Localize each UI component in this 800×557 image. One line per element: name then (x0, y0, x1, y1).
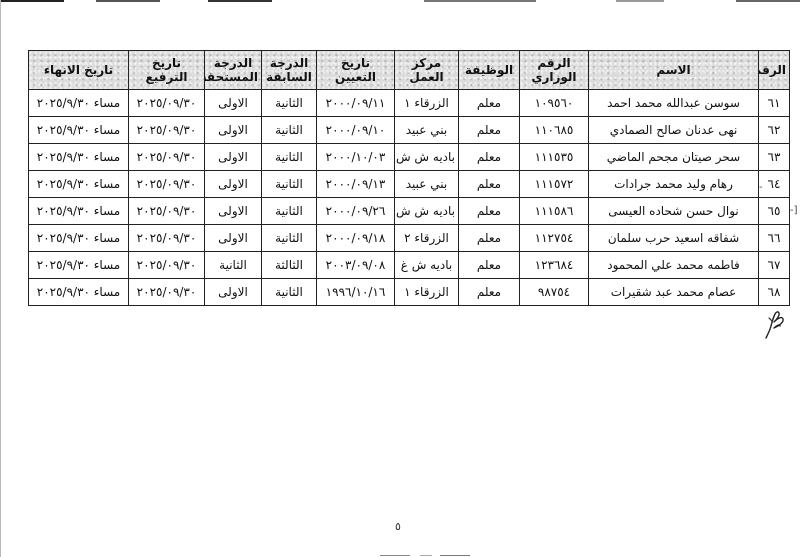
table-header-row: الرقم الاسم الرقم الوزاري الوظيفة مركز ا… (29, 51, 790, 90)
cell-promotion-date: ٢٠٢٥/٠٩/٣٠ (129, 198, 205, 225)
cell-end-date: مساء ٢٠٢٥/٩/٣٠ (29, 144, 129, 171)
cell-ministry-number: ١١١٥٣٥ (520, 144, 589, 171)
header-previous-grade: الدرجة السابقة (262, 51, 317, 90)
cell-previous-grade: الثانية (262, 117, 317, 144)
cell-appointment-date: ٢٠٠٠/١٠/٠٣ (317, 144, 395, 171)
cell-work-center: بني عبيد (395, 117, 459, 144)
cell-end-date: مساء ٢٠٢٥/٩/٣٠ (29, 225, 129, 252)
cell-number: ٦٣ (759, 144, 790, 171)
cell-job: معلم (459, 198, 520, 225)
cell-end-date: مساء ٢٠٢٥/٩/٣٠ (29, 171, 129, 198)
cell-number: ٦٨ (759, 279, 790, 306)
promotion-roster-table: الرقم الاسم الرقم الوزاري الوظيفة مركز ا… (28, 50, 790, 306)
cell-previous-grade: الثانية (262, 279, 317, 306)
cell-number: ٦١ (759, 90, 790, 117)
header-appointment-date: تاريخ التعيين (317, 51, 395, 90)
table-row: ٦٣ سحر صيتان مجحم الماضي ١١١٥٣٥ معلم باد… (29, 144, 790, 171)
cell-deserved-grade: الاولى (205, 279, 262, 306)
cell-ministry-number: ١٠٩٥٦٠ (520, 90, 589, 117)
cell-ministry-number: ٩٨٧٥٤ (520, 279, 589, 306)
cell-name: سحر صيتان مجحم الماضي (589, 144, 759, 171)
cell-appointment-date: ٢٠٠٠/٠٩/١٣ (317, 171, 395, 198)
cell-name: نوال حسن شحاده العيسى (589, 198, 759, 225)
cell-job: معلم (459, 117, 520, 144)
cell-promotion-date: ٢٠٢٥/٠٩/٣٠ (129, 171, 205, 198)
cell-deserved-grade: الاولى (205, 198, 262, 225)
cell-number: ٦٢ (759, 117, 790, 144)
cell-appointment-date: ٢٠٠٠/٠٩/١٠ (317, 117, 395, 144)
signature-icon (758, 308, 788, 340)
cell-ministry-number: ١١٠٦٨٥ (520, 117, 589, 144)
cell-job: معلم (459, 90, 520, 117)
table-row: ٦٧ فاطمه محمد علي المحمود ١٢٣٦٨٤ معلم با… (29, 252, 790, 279)
cell-promotion-date: ٢٠٢٥/٠٩/٣٠ (129, 225, 205, 252)
cell-name: سوسن عبدالله محمد احمد (589, 90, 759, 117)
cell-name: رهام وليد محمد جرادات (589, 171, 759, 198)
cell-name: شفاقه اسعيد حرب سلمان (589, 225, 759, 252)
cell-job: معلم (459, 171, 520, 198)
cell-previous-grade: الثانية (262, 171, 317, 198)
cell-end-date: مساء ٢٠٢٥/٩/٣٠ (29, 90, 129, 117)
cell-work-center: باديه ش غ (395, 252, 459, 279)
table-row: ٦٥ نوال حسن شحاده العيسى ١١١٥٨٦ معلم باد… (29, 198, 790, 225)
cell-deserved-grade: الاولى (205, 90, 262, 117)
cell-deserved-grade: الاولى (205, 117, 262, 144)
cell-appointment-date: ٢٠٠٠/٠٩/١١ (317, 90, 395, 117)
cell-work-center: باديه ش ش (395, 198, 459, 225)
cell-end-date: مساء ٢٠٢٥/٩/٣٠ (29, 198, 129, 225)
cell-previous-grade: الثانية (262, 144, 317, 171)
cell-number: ٦٦ (759, 225, 790, 252)
cell-appointment-date: ٢٠٠٠/٠٩/١٨ (317, 225, 395, 252)
table-row: ٦٤ رهام وليد محمد جرادات ١١١٥٧٢ معلم بني… (29, 171, 790, 198)
cell-previous-grade: الثانية (262, 225, 317, 252)
cell-ministry-number: ١١١٥٧٢ (520, 171, 589, 198)
cell-promotion-date: ٢٠٢٥/٠٩/٣٠ (129, 117, 205, 144)
cell-previous-grade: الثانية (262, 90, 317, 117)
cell-name: نهى عدنان صالح الصمادي (589, 117, 759, 144)
header-deserved-grade: الدرجة المستحقة (205, 51, 262, 90)
header-job: الوظيفة (459, 51, 520, 90)
cell-number: ٦٥ (759, 198, 790, 225)
cell-name: فاطمه محمد علي المحمود (589, 252, 759, 279)
scan-bottom-edge (370, 555, 470, 556)
cell-work-center: الزرقاء ١ (395, 90, 459, 117)
cell-appointment-date: ١٩٩٦/١٠/١٦ (317, 279, 395, 306)
header-number: الرقم (759, 51, 790, 90)
header-name: الاسم (589, 51, 759, 90)
page-number: ٥ (395, 520, 401, 533)
margin-bracket-mark: -] (790, 205, 798, 216)
cell-deserved-grade: الاولى (205, 171, 262, 198)
cell-end-date: مساء ٢٠٢٥/٩/٣٠ (29, 279, 129, 306)
cell-appointment-date: ٢٠٠٣/٠٩/٠٨ (317, 252, 395, 279)
cell-promotion-date: ٢٠٢٥/٠٩/٣٠ (129, 90, 205, 117)
cell-ministry-number: ١١١٥٨٦ (520, 198, 589, 225)
cell-end-date: مساء ٢٠٢٥/٩/٣٠ (29, 252, 129, 279)
cell-deserved-grade: الثانية (205, 252, 262, 279)
cell-number: ٦٧ (759, 252, 790, 279)
header-ministry-number: الرقم الوزاري (520, 51, 589, 90)
cell-job: معلم (459, 144, 520, 171)
cell-promotion-date: ٢٠٢٥/٠٩/٣٠ (129, 252, 205, 279)
cell-work-center: الزرقاء ٢ (395, 225, 459, 252)
cell-name: عصام محمد عبد شقيرات (589, 279, 759, 306)
cell-promotion-date: ٢٠٢٥/٠٩/٣٠ (129, 144, 205, 171)
cell-job: معلم (459, 225, 520, 252)
header-promotion-date: تاريخ الترفيع (129, 51, 205, 90)
table-row: ٦٢ نهى عدنان صالح الصمادي ١١٠٦٨٥ معلم بن… (29, 117, 790, 144)
table-row: ٦٨ عصام محمد عبد شقيرات ٩٨٧٥٤ معلم الزرق… (29, 279, 790, 306)
cell-previous-grade: الثانية (262, 198, 317, 225)
cell-ministry-number: ١٢٣٦٨٤ (520, 252, 589, 279)
cell-number: ٦٤ (759, 171, 790, 198)
cell-work-center: باديه ش ش (395, 144, 459, 171)
cell-deserved-grade: الاولى (205, 144, 262, 171)
cell-work-center: بني عبيد (395, 171, 459, 198)
cell-ministry-number: ١١٢٧٥٤ (520, 225, 589, 252)
cell-work-center: الزرقاء ١ (395, 279, 459, 306)
margin-dash-mark: - (759, 182, 763, 193)
scan-top-edge (0, 0, 800, 2)
table-row: ٦٦ شفاقه اسعيد حرب سلمان ١١٢٧٥٤ معلم الز… (29, 225, 790, 252)
cell-job: معلم (459, 279, 520, 306)
cell-end-date: مساء ٢٠٢٥/٩/٣٠ (29, 117, 129, 144)
header-work-center: مركز العمل (395, 51, 459, 90)
scan-left-edge (0, 0, 1, 557)
header-end-date: تاريخ الانهاء (29, 51, 129, 90)
cell-previous-grade: الثالثة (262, 252, 317, 279)
cell-job: معلم (459, 252, 520, 279)
cell-promotion-date: ٢٠٢٥/٠٩/٣٠ (129, 279, 205, 306)
cell-appointment-date: ٢٠٠٠/٠٩/٢٦ (317, 198, 395, 225)
cell-deserved-grade: الاولى (205, 225, 262, 252)
table-row: ٦١ سوسن عبدالله محمد احمد ١٠٩٥٦٠ معلم ال… (29, 90, 790, 117)
